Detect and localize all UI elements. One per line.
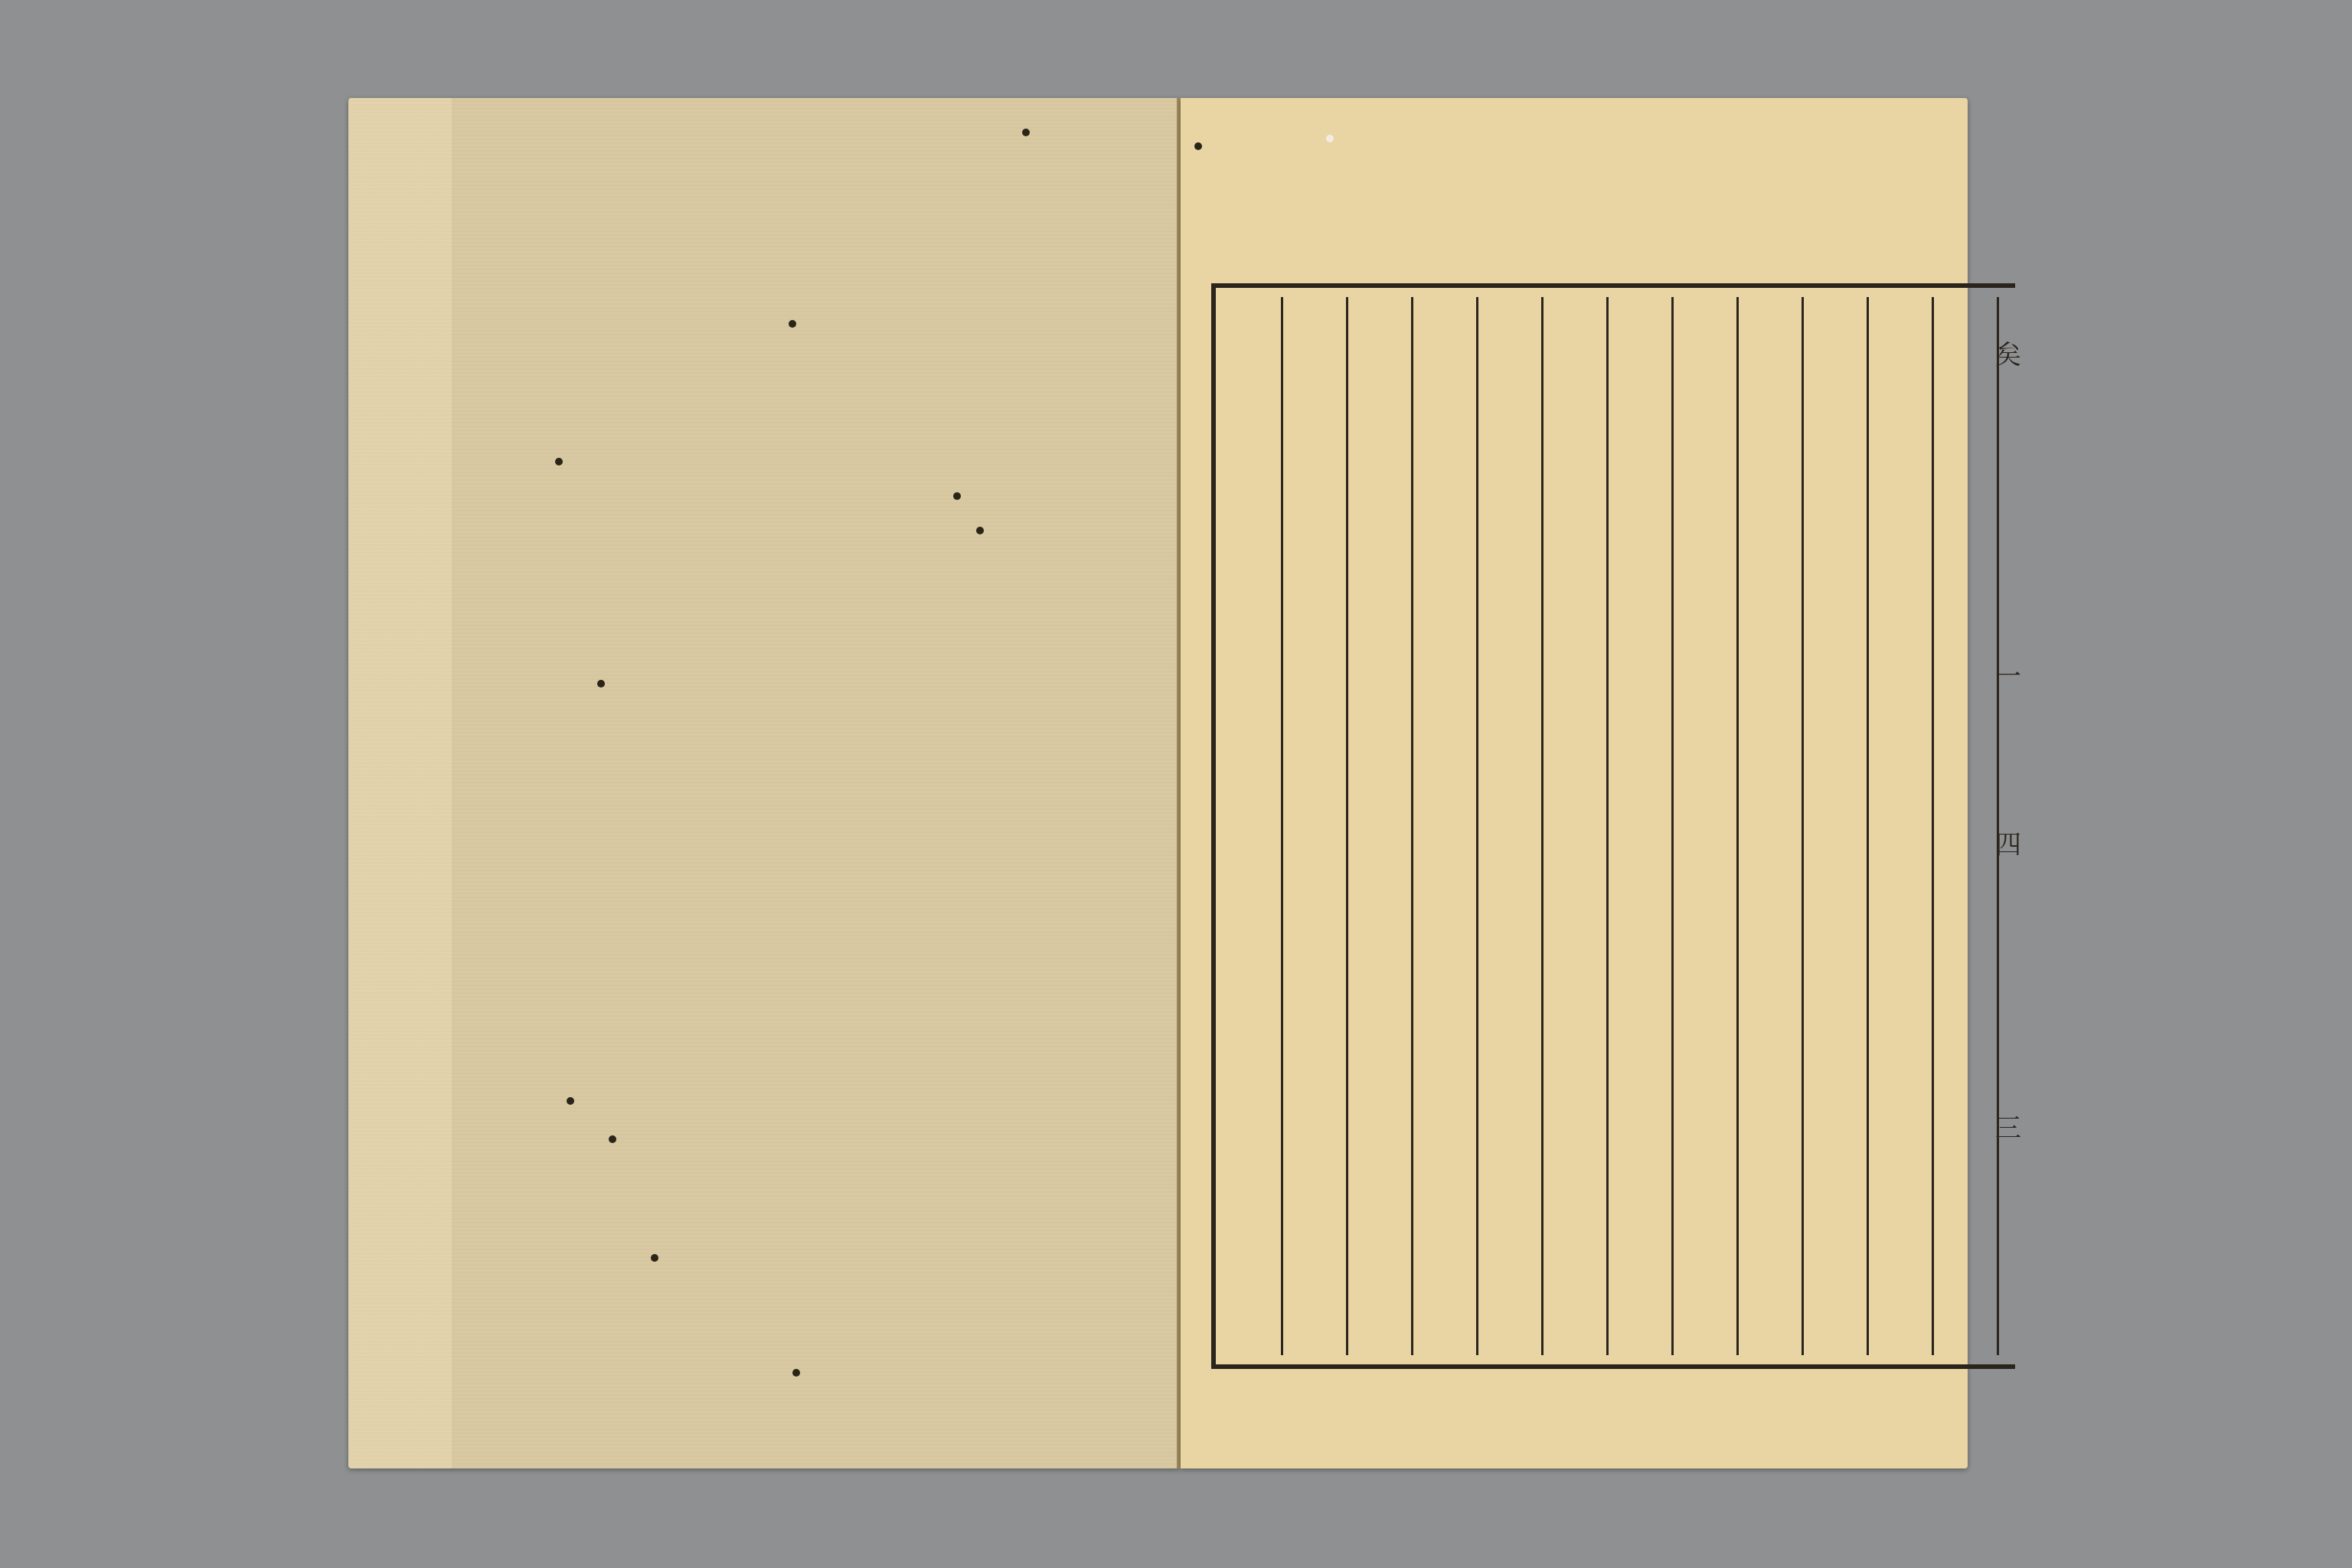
column-rule [1411, 297, 1413, 1355]
column-rule [1802, 297, 1804, 1355]
wormhole [651, 1254, 658, 1262]
wormhole [976, 527, 984, 534]
column-rule [1541, 297, 1543, 1355]
wormhole [789, 320, 796, 328]
wormhole [1194, 142, 1202, 150]
edge-text: 四 [1995, 824, 2021, 861]
wormhole [567, 1097, 574, 1105]
wormhole [792, 1369, 800, 1377]
edge-text: 三 [1995, 1107, 2021, 1145]
column-rule [1932, 297, 1934, 1355]
column-rule [1281, 297, 1283, 1355]
wormhole [953, 492, 961, 500]
ruled-frame: 矣 一 四 三 [1211, 283, 2015, 1369]
column-rule [1671, 297, 1674, 1355]
column-rule [1736, 297, 1739, 1355]
column-rule [1867, 297, 1869, 1355]
wormhole [1022, 129, 1030, 136]
edge-text: 一 [1995, 655, 2021, 693]
wormhole [1326, 135, 1334, 142]
left-page [348, 98, 1179, 1468]
column-rule [1606, 297, 1609, 1355]
wormhole [555, 458, 563, 465]
wormhole [609, 1135, 616, 1143]
wormhole [597, 680, 605, 688]
column-rule [1346, 297, 1348, 1355]
column-rule [1476, 297, 1478, 1355]
edge-text: 矣 [1995, 334, 2021, 371]
